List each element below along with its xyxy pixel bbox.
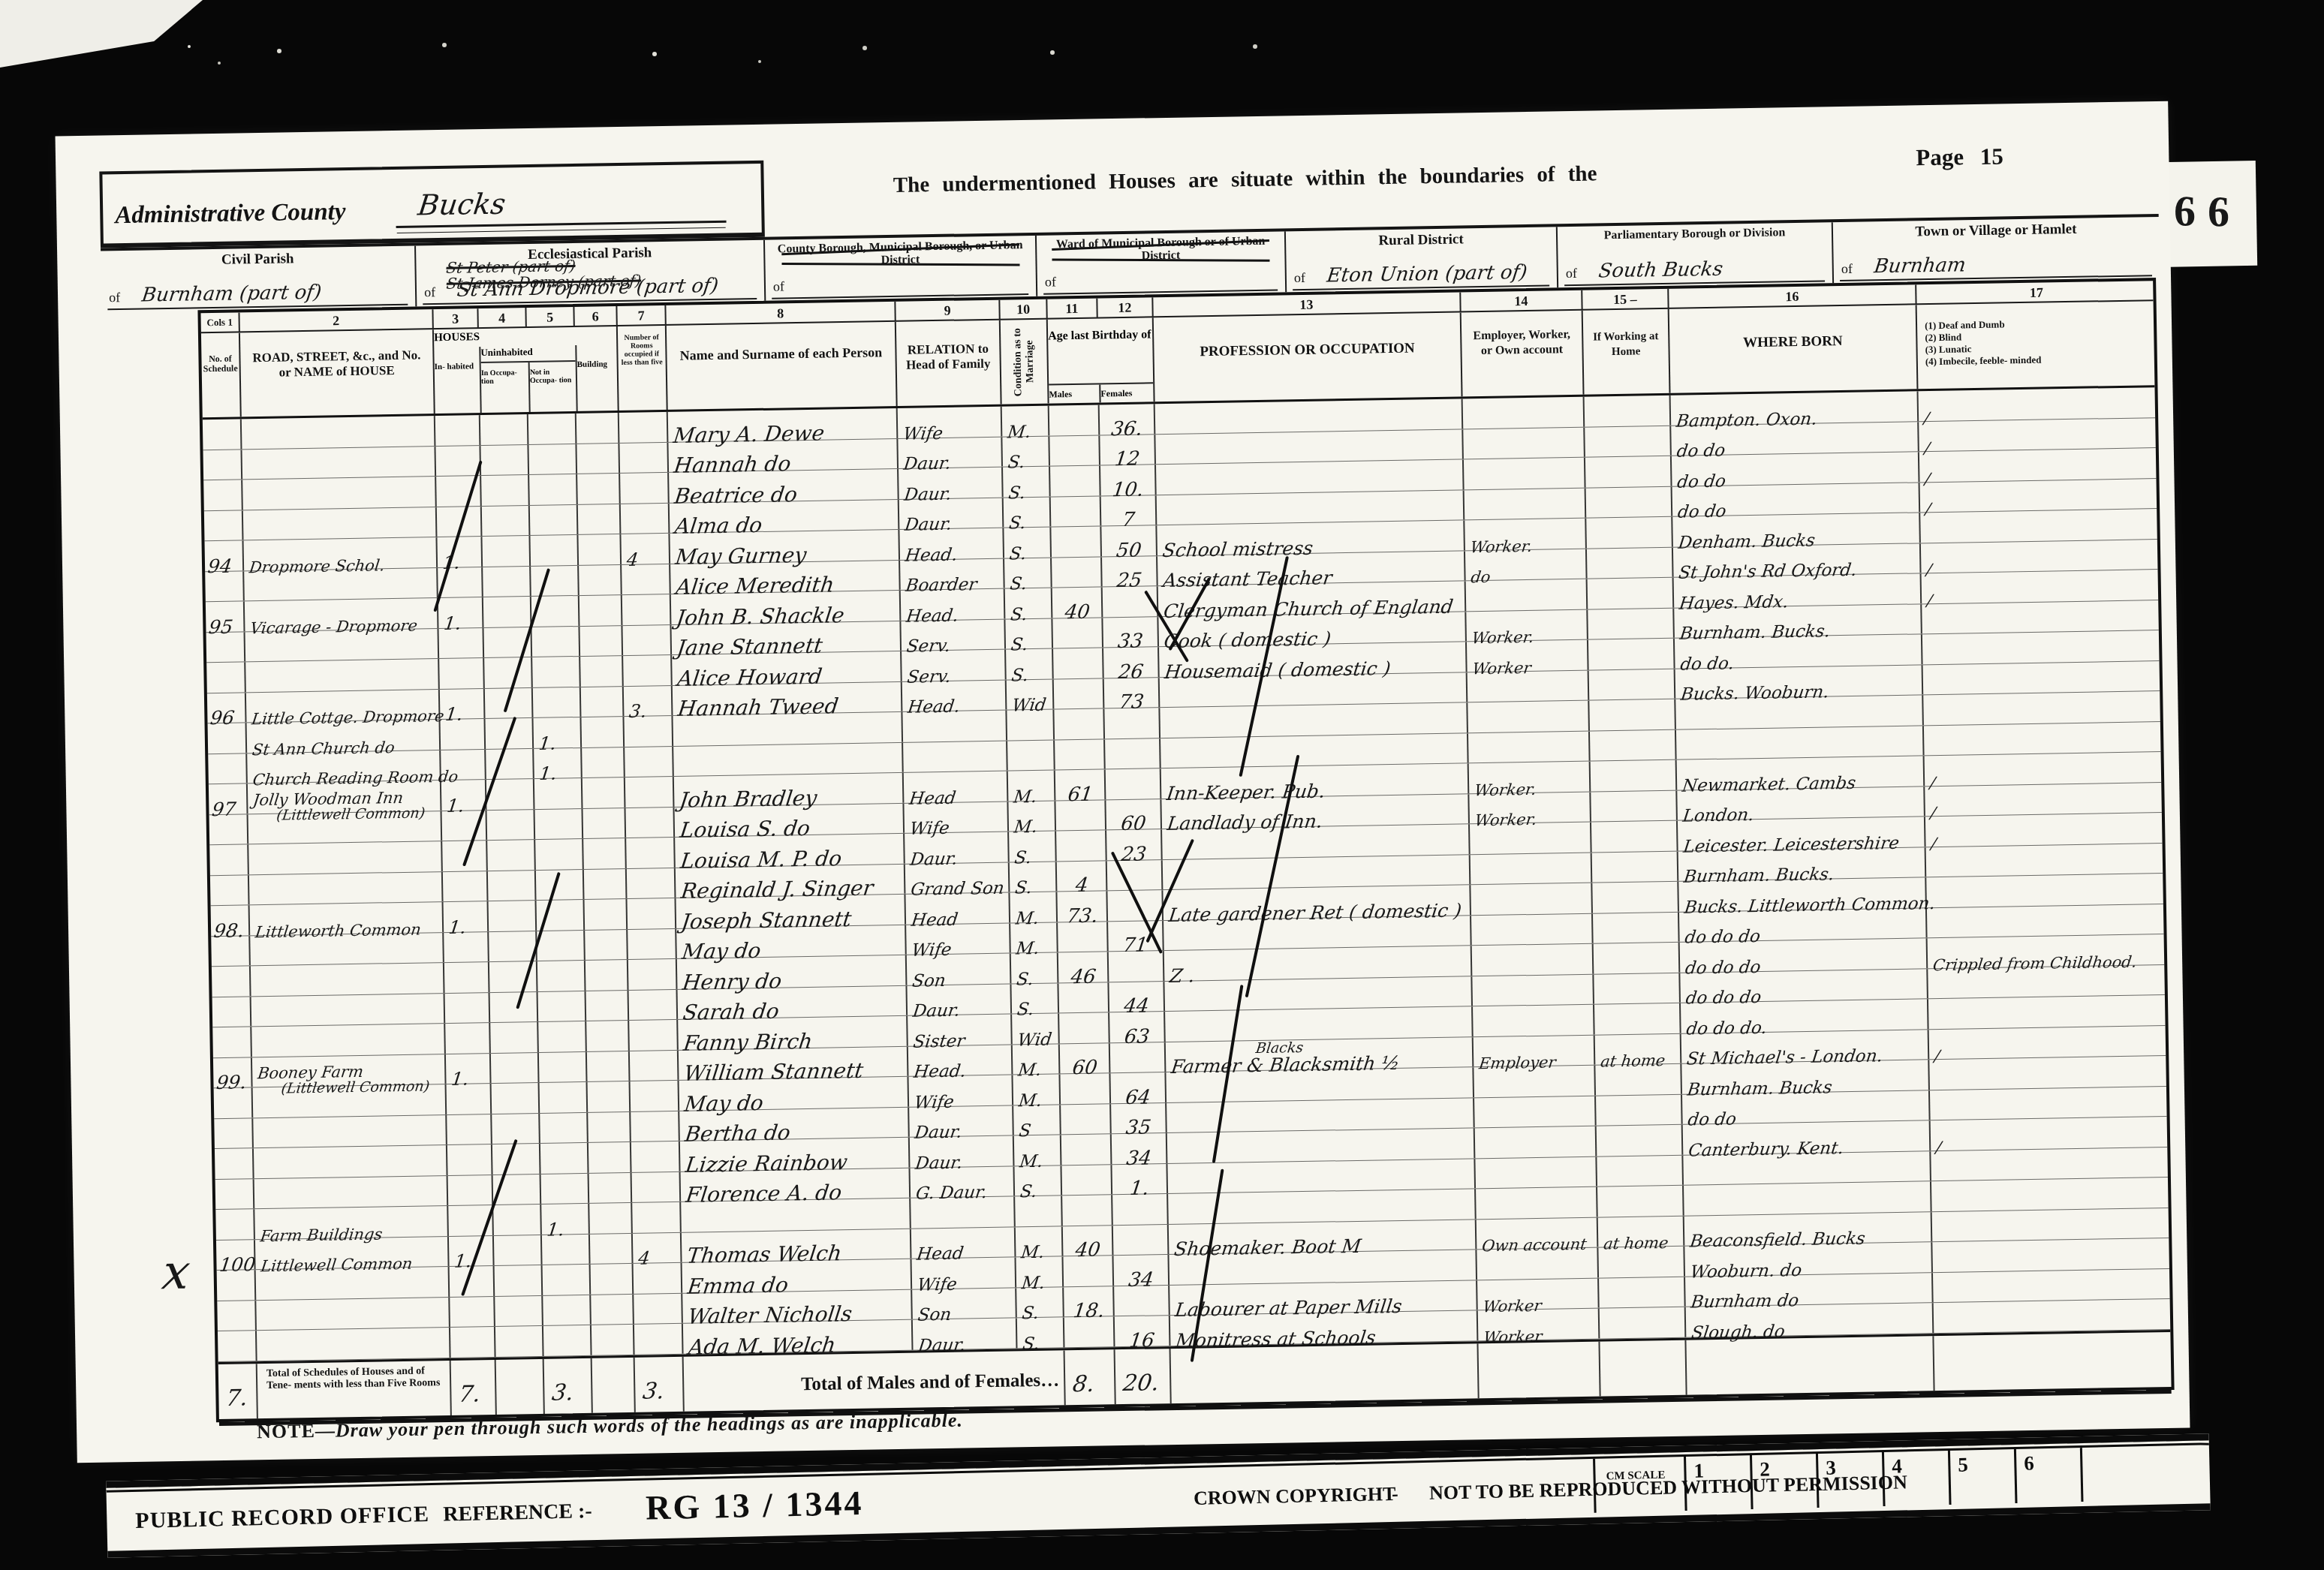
cell-house: Farm Buildings [253,1206,447,1239]
cell-inocc [487,931,536,961]
totals-infirmity-cell [1932,1331,2174,1390]
cell-home [1588,729,1675,760]
district-value: St Ann Dropmore (part of) [456,275,720,302]
totals-rooms-cell: 3. [634,1356,683,1412]
cell-notocc [536,961,585,991]
cell-notocc [538,1112,587,1143]
cell-name: Alma do [668,499,899,533]
cell-inf [1928,1056,2169,1090]
cm-scale-label: CM SCALE [1595,1457,1685,1513]
totals-inhabited-cell: 7. [450,1359,495,1415]
cell-born: Hayes. Mdx. [1672,573,1921,607]
cell-rooms [621,624,670,655]
cell-f: 50 [1100,525,1156,556]
cell-rel: Son [905,954,1010,985]
cell-name: Sarah do [676,985,907,1019]
cell-emp [1470,913,1592,945]
cell-inf [1925,874,2166,907]
cell-notocc [528,505,577,536]
cell-house: Church Reading Room do [245,750,440,783]
cell-occ: Labourer at Paper Mills [1168,1280,1477,1315]
cell-inf [1929,1147,2171,1181]
cell-rooms [623,746,673,777]
column-number: 16 [1667,284,1915,308]
cell-house [250,1024,444,1057]
cell-f [1103,708,1159,738]
cell-sched [214,1087,252,1117]
cell-bldg [577,565,621,595]
pro-office-label: PUBLIC RECORD OFFICE [135,1502,429,1534]
cell-rooms [631,1171,680,1202]
cell-occ: Assistant Teacher [1156,551,1465,585]
totals-males-cell: 8. [1064,1349,1115,1405]
cell-name: Hannah do [667,438,897,472]
cell-occ [1163,976,1471,1011]
cell-inf [1927,995,2169,1029]
cell-notocc [541,1295,590,1325]
cell-cond: S. [1004,618,1052,649]
cell-occ: Housemaid ( domestic ) [1157,642,1466,676]
cell-sched [204,510,242,540]
cell-inh [444,1023,489,1053]
cell-born: do do do [1678,938,1927,972]
cell-rooms [633,1324,682,1355]
cell-bldg [589,1264,633,1294]
cell-home: at home [1594,1033,1681,1064]
cell-emp: do [1464,549,1586,580]
of-prefix: of [1566,266,1577,281]
cell-inh: 1. [438,689,484,719]
of-prefix: of [424,284,435,300]
cell-inh: 1. [442,901,488,931]
cell-cond: Wid [1005,679,1053,710]
cell-name: Ada M. Welch [682,1320,912,1354]
cell-name: Alice Howard [670,651,901,685]
cell-inocc [489,991,537,1022]
cell-emp: Worker [1476,1278,1598,1310]
cell-notocc [537,1021,586,1052]
cell-f: 25 [1100,556,1157,587]
folio-number-stamp: 66 [2173,185,2241,237]
cell-f: 34 [1112,1255,1168,1286]
column-number: 10 [998,299,1046,320]
cell-name: Reginald J. Singer [674,864,905,898]
cell-notocc [531,657,579,687]
cell-born: Newmarket. Cambs [1675,756,1924,790]
district-value: Burnham (part of) [140,281,323,307]
cell-m [1060,1134,1111,1165]
cell-sched [215,1209,254,1239]
cell-name: Louisa S. do [673,803,903,837]
cell-f: 60 [1104,799,1160,830]
cell-rel: Daur. [905,984,1010,1015]
totals-schedule-cell: 7. [218,1364,257,1419]
cell-born [1682,1181,1931,1215]
cell-rel: Daur. [911,1318,1016,1349]
rooms-label: Number of Rooms occupied if less than fi… [618,326,666,367]
cell-notocc [533,778,582,809]
cell-name: Alice Meredith [669,560,899,594]
cell-emp [1469,853,1591,884]
district-entry-line: ofBurnham [1840,251,2153,281]
cell-notocc: 1. [531,717,580,748]
cell-f: 10. [1099,465,1155,495]
cell-rel: Wife [911,1257,1016,1289]
cell-house: Little Cottge. Dropmore [245,690,439,723]
cell-bldg [586,1051,629,1081]
cell-inf [1922,722,2164,756]
cell-occ [1161,855,1470,889]
cell-rel: Wife [905,923,1010,955]
cell-notocc [531,687,580,717]
cell-inocc [479,445,528,476]
cell-rooms [628,989,677,1020]
cell-born: St Michael's - London. [1680,1030,1928,1063]
district-cell: Civil ParishofBurnham (part of) [101,246,417,312]
cell-rel: Head. [901,680,1006,711]
col-head-not-in-occupation: Not in Occupa- tion [528,362,576,412]
cell-sched [217,1270,255,1300]
cell-cond [1006,740,1054,771]
cell-inocc [480,475,528,506]
cell-inf [1922,691,2163,725]
cell-m [1050,557,1101,588]
col-head-employer: Employer, Worker, or Own account [1460,311,1583,397]
cell-rooms [618,443,667,474]
cell-house [244,629,438,662]
cell-cond: M. [1001,406,1049,437]
cell-rooms [619,473,668,504]
cell-rooms [630,1141,679,1172]
cell-m: 61 [1054,769,1105,800]
cell-emp [1471,944,1593,976]
totals-born-cell [1684,1336,1933,1394]
cell-f [1111,1194,1167,1225]
cell-m: 40 [1061,1226,1112,1256]
cell-name: Florence A. do [679,1168,910,1202]
cell-inf: / [1928,1025,2169,1059]
cell-born: London. [1675,787,1924,820]
col-head-infirmity: (1) Deaf and Dumb(2) Blind(3) Lunatic(4)… [1916,301,2158,389]
cell-emp [1467,731,1589,762]
cell-m [1052,708,1103,739]
cell-bldg [582,838,625,868]
district-entry-line: ofSt Ann Dropmore (part of) [423,274,757,305]
cell-house [254,1267,449,1300]
cell-bldg [580,747,624,777]
uninhabited-group-label: Uninhabited [480,345,575,363]
cell-sched [215,1148,253,1178]
district-cell: Parliamentary Borough or DivisionofSouth… [1558,222,1834,287]
column-number: 17 [1915,281,2156,304]
cell-house [253,1176,447,1209]
cell-rooms [628,1050,678,1081]
cell-cond: M. [1013,1135,1061,1165]
totals-males-females-label: Total of Males and of Females… [682,1350,1064,1411]
cell-sched [217,1301,255,1331]
cell-bldg [583,869,626,899]
scale-mark: 3 [1816,1452,1883,1508]
cell-occ [1160,824,1469,859]
cell-bldg [583,929,627,959]
cell-home [1589,790,1676,821]
cell-inocc [484,749,533,780]
cell-emp: Employer [1472,1035,1594,1066]
cell-born: Slough. do [1684,1303,1933,1337]
cell-f: 44 [1107,982,1164,1012]
cell-house: Dropmore Schol. [242,537,437,570]
column-number: 5 [525,307,573,327]
cell-occ [1167,1250,1476,1284]
cell-home [1584,456,1671,487]
cell-cond: M. [1011,1074,1059,1105]
cell-emp [1463,488,1585,519]
cell-m [1059,1104,1110,1135]
cell-emp: Worker. [1468,792,1590,823]
cell-inf [1921,630,2163,664]
cell-notocc: 1. [540,1204,589,1235]
cell-rel: Head. [898,528,1003,560]
cell-home [1583,396,1670,426]
totals-males-value: 8. [1071,1370,1096,1397]
cell-house [250,994,444,1027]
cell-occ [1159,733,1468,768]
cell-notocc [540,1173,589,1204]
cell-occ [1154,399,1462,433]
cell-rooms [620,564,670,594]
cell-f [1101,586,1157,617]
cell-home [1595,1155,1682,1186]
cell-rel: Head. [907,1045,1012,1076]
col-head-where-born: WHERE BORN [1668,305,1917,392]
cell-cond: S. [1002,497,1050,528]
cell-cond: M. [1014,1256,1062,1287]
cell-m [1051,618,1102,648]
cell-inocc [491,1144,540,1174]
cell-m [1063,1316,1114,1347]
cell-house [241,477,435,510]
cell-name: Jane Stannett [670,621,900,654]
cell-sched [214,1118,252,1148]
cell-home: at home [1597,1216,1684,1247]
cell-notocc [542,1325,591,1356]
cell-born: Bucks. Wooburn. [1674,665,1922,699]
cell-home [1597,1277,1684,1307]
cell-house [247,841,441,874]
cell-m [1052,648,1103,678]
cell-home [1593,1003,1680,1034]
cell-inh: 1. [435,537,481,567]
cell-sched [209,844,248,874]
cell-notocc [533,808,582,839]
cell-rooms [628,1020,677,1051]
cell-born: do do [1670,452,1919,486]
cell-occ [1158,672,1467,707]
cell-inh: 1. [437,597,483,627]
cell-cond: M. [1007,771,1055,802]
of-prefix: of [773,278,784,294]
cell-emp: Worker. [1465,609,1587,641]
cell-inh [438,658,483,688]
cell-inocc [486,810,534,841]
cell-occ [1166,1159,1474,1193]
cell-born: Bucks. Littleworth Common. [1677,877,1925,911]
cell-inf: / [1924,813,2166,847]
cell-emp: Worker [1477,1309,1599,1340]
cell-home [1592,973,1679,1003]
totals-in-occ-cell [495,1358,543,1414]
totals-not-in-occ-value: 3. [550,1379,575,1406]
cell-notocc [541,1265,590,1295]
cell-born: Burnham. Bucks [1680,1060,1928,1093]
cell-rooms [632,1263,682,1294]
totals-building-cell [591,1357,634,1412]
cell-sched: 94 [205,540,243,570]
district-title: Parliamentary Borough or Division [1558,225,1832,242]
district-entry-line: ofBurnham (part of) [107,280,408,311]
cell-rooms [619,503,669,534]
cell-cond [1013,1196,1061,1226]
totals-occupation-cell [1170,1343,1478,1403]
scale-mark: 4 [1882,1451,1949,1506]
occupation-annotation: Blacks [1255,1039,1305,1057]
cell-inf: / [1917,418,2159,452]
cell-f [1103,738,1160,769]
totals-rooms-value: 3. [641,1378,666,1405]
cell-emp: Worker [1465,640,1588,672]
cell-inocc [480,536,529,567]
cell-inf [1919,509,2160,543]
district-value: South Bucks [1597,258,1724,283]
cell-cond: S [1012,1105,1060,1135]
cell-f [1104,768,1160,799]
cell-inf: / [1918,448,2160,482]
cell-inf [1925,843,2166,877]
cell-born: Burnham. Bucks. [1672,604,1921,638]
pro-reference-number: RG 13 / 1344 [646,1483,864,1528]
cell-notocc [527,414,576,444]
cell-house [242,507,436,540]
scale-mark: 5 [1948,1449,2015,1505]
cell-sched: 100 [216,1240,254,1270]
cell-inocc [493,1265,542,1296]
cell-sched [210,875,248,905]
cell-rooms [625,898,675,929]
cell-house: St Ann Church do [245,720,440,753]
cell-home [1586,578,1673,609]
cell-inf: / [1919,540,2161,573]
cell-inf [1930,1177,2172,1211]
cell-sched [206,632,245,662]
cell-occ [1166,1128,1474,1162]
cell-rooms [624,777,673,808]
cell-inh [439,719,485,749]
cell-bldg [578,595,622,625]
cell-born [1681,1151,1930,1185]
cell-f: 26 [1102,647,1158,678]
cell-rel: Serv. [899,619,1004,651]
cell-home [1591,912,1678,943]
cell-sched: 97 [209,783,247,814]
cell-bldg [590,1325,634,1355]
cell-name: Walter Nicholls [681,1289,911,1323]
cell-name: Joseph Stannett [674,895,905,928]
cell-sched [212,1027,251,1057]
cell-f: 16 [1113,1316,1170,1346]
cell-name: Louisa M. P. do [673,834,904,868]
cell-m: 4 [1055,861,1106,892]
cell-name: May do [678,1077,908,1111]
cell-occ [1164,1067,1473,1102]
cell-emp [1469,883,1591,915]
cell-m [1056,922,1107,952]
cell-m [1055,830,1106,861]
cell-rel: Wife [907,1075,1012,1107]
administrative-county-label: Administrative County [115,198,346,230]
cell-name: William Stannett [677,1046,908,1080]
col-head-inhabited: In- habited [434,347,480,414]
cell-house: Booney Farm(Littlewell Common) [251,1054,445,1087]
cell-emp [1462,427,1584,459]
cell-inh [444,993,489,1023]
cell-name: Beatrice do [667,469,898,503]
cell-bldg [587,1142,631,1172]
cell-sched: 95 [206,601,244,631]
cell-rel: Wife [902,802,1007,833]
cell-emp: Own account [1475,1217,1597,1249]
cell-home [1588,669,1675,699]
cell-house [255,1328,450,1361]
cell-sched [205,571,243,601]
cell-bldg [576,504,620,534]
cell-home [1592,943,1679,973]
cell-inocc [481,567,530,597]
scale-mark: 2 [1750,1454,1817,1509]
of-prefix: of [1841,261,1853,277]
cell-sched [203,419,241,449]
cell-home [1596,1186,1683,1217]
cell-m [1053,739,1104,770]
cell-emp [1474,1156,1596,1188]
cell-sched [212,966,250,996]
cell-rel: G. Daur. [908,1166,1013,1198]
cell-home [1590,821,1677,852]
cell-occ: Cook ( domestic ) [1157,612,1465,646]
cell-emp [1475,1248,1597,1280]
cell-emp [1466,701,1588,732]
cell-inh [442,932,488,962]
cell-cond: M. [1009,922,1057,953]
cell-inocc [480,506,529,537]
cell-inocc [492,1235,541,1265]
cm-scale-ruler: CM SCALE 1 2 3 4 5 6 [1593,1446,2147,1513]
cell-inocc [483,657,531,688]
column-number: 2 [238,309,432,332]
cell-sched [208,723,246,753]
cell-notocc [528,535,577,566]
cell-cond: S. [1007,832,1055,862]
cell-inf [1931,1238,2172,1272]
cell-rooms [626,928,676,959]
totals-employer-cell [1477,1341,1599,1398]
column-number: 12 [1096,297,1151,317]
of-prefix: of [1045,274,1056,290]
column-number: 11 [1046,298,1096,318]
cell-cond: M. [1007,801,1055,832]
cell-rel: Daur. [898,498,1003,529]
cell-born: Beaconsfield. Bucks [1683,1212,1931,1246]
condition-label: Condition as to Marriage [1011,320,1037,405]
